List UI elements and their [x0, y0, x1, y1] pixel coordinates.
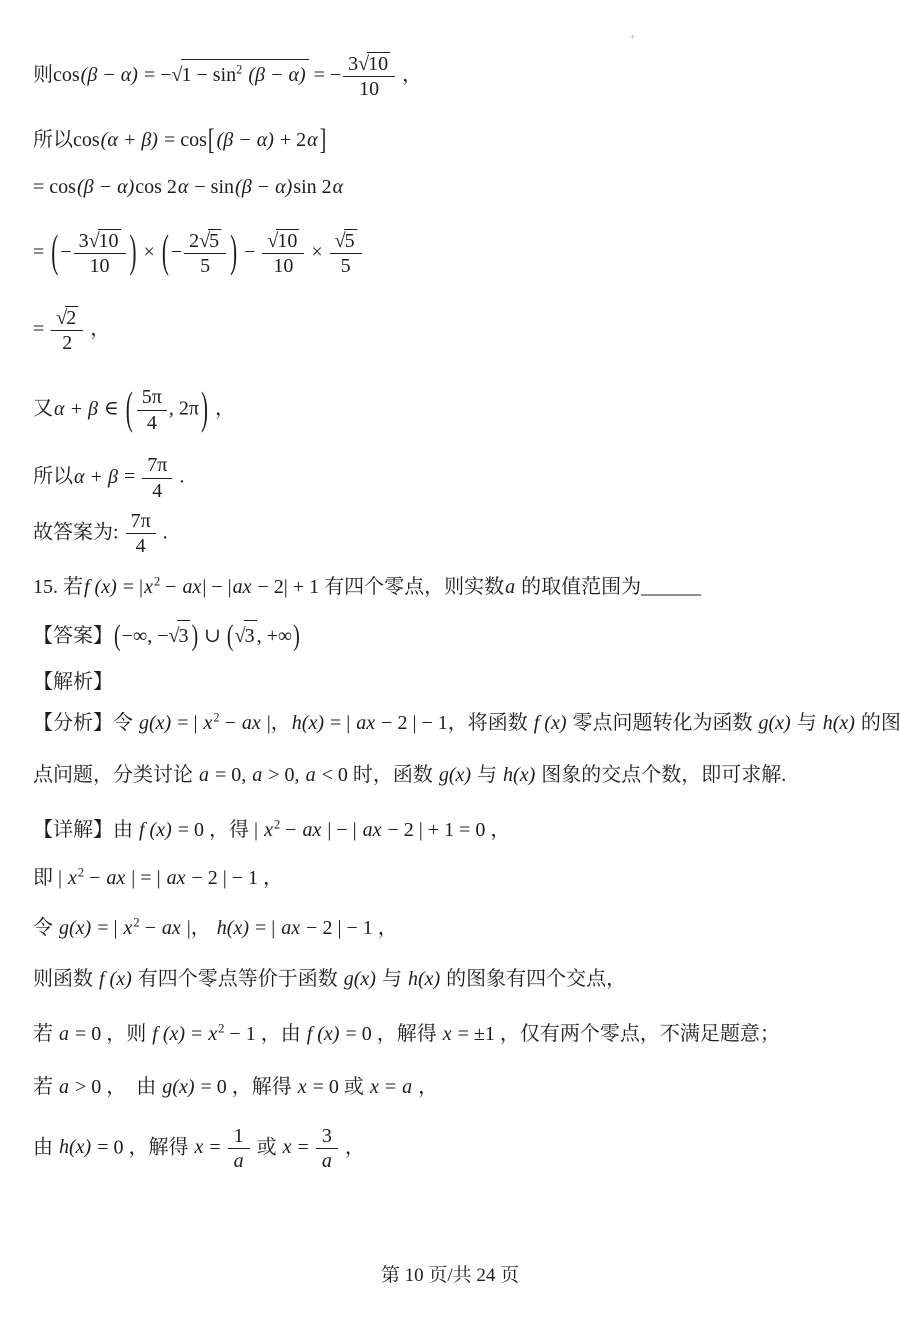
page-number-footer: 第 10 页/共 24 页: [0, 1260, 900, 1287]
doc-line-final-answer-14: 故答案为: 7π4 .: [33, 510, 870, 558]
doc-line-case-a-positive: 若 a > 0 ， 由 g(x) = 0 ，解得 x = 0 或 x = a ，: [33, 1072, 870, 1102]
doc-line-answer-15: 【答案】(−∞, −√3) ∪ (√3, +∞): [33, 620, 870, 651]
scanned-math-solution-page: { "document": { "footer": { "page_indica…: [0, 0, 900, 1326]
doc-line-interval: 又α + β ∈ (5π4, 2π) ，: [33, 386, 870, 434]
doc-line-analysis-2: 点问题，分类讨论 a = 0, a > 0, a < 0 时，函数 g(x) 与…: [33, 760, 870, 790]
doc-line-detail-3: 令 g(x) = | x2 − ax |， h(x) = | ax − 2 | …: [33, 913, 870, 943]
doc-line-result-sqrt2-over-2: = √22 ，: [33, 306, 870, 355]
doc-line-h-zeros: 由 h(x) = 0 ，解得 x = 1a 或 x = 3a ，: [33, 1125, 870, 1173]
doc-line-jiexi-label: 【解析】: [33, 667, 870, 697]
doc-line-detail-4: 则函数 f (x) 有四个零点等价于函数 g(x) 与 h(x) 的图象有四个交…: [33, 964, 870, 994]
doc-line-cos-alpha-plus-beta: 所以cos(α + β) = cos[(β − α) + 2α]: [33, 125, 870, 155]
scan-artifact-dot: +: [630, 33, 635, 42]
document-body: 则cos(β − α) = −√1 − sin2 (β − α) = −3√10…: [0, 0, 900, 1172]
doc-line-detail-2: 即 | x2 − ax | = | ax − 2 | − 1 ，: [33, 863, 870, 893]
doc-line-cos-beta-minus-alpha: 则cos(β − α) = −√1 − sin2 (β − α) = −3√10…: [33, 52, 870, 101]
doc-line-expansion: = cos(β − α)cos 2α − sin(β − α)sin 2α: [33, 172, 870, 202]
doc-line-conclusion-7pi-4: 所以α + β = 7π4 .: [33, 454, 870, 502]
doc-line-detail-1: 【详解】由 f (x) = 0 ，得 | x2 − ax | − | ax − …: [33, 815, 870, 845]
doc-line-question-15: 15. 若f (x) = |x2 − ax| − |ax − 2| + 1 有四…: [33, 572, 870, 602]
doc-line-case-a-equals-0: 若 a = 0 ，则 f (x) = x2 − 1 ，由 f (x) = 0 ，…: [33, 1019, 870, 1049]
doc-line-analysis-1: 【分析】令 g(x) = | x2 − ax |，h(x) = | ax − 2…: [33, 708, 870, 738]
doc-line-product-of-fractions: = (−3√1010) × (−2√55) − √1010 × √55: [33, 229, 870, 278]
